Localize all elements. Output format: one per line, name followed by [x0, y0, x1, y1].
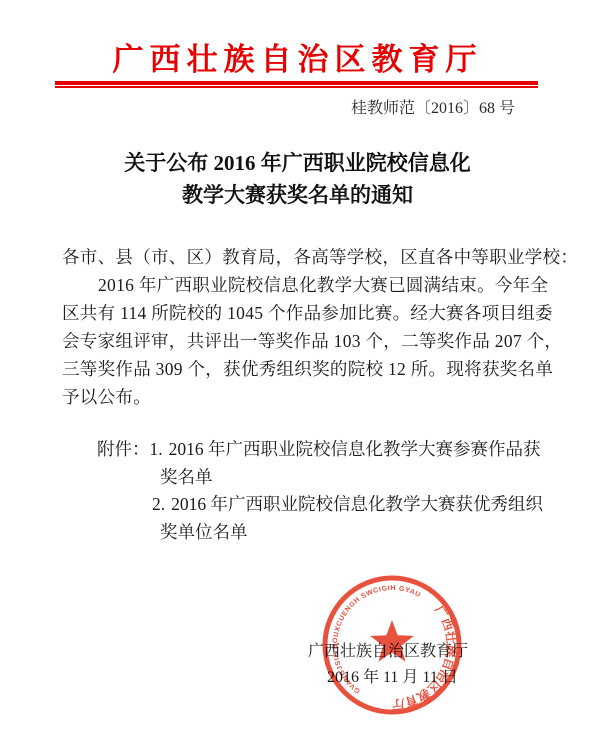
attachment-1-number: 1.	[150, 439, 163, 459]
attachments-label: 附件：	[97, 439, 150, 459]
letterhead-divider-thin-line	[55, 86, 538, 88]
notice-title: 关于公布 2016 年广西职业院校信息化 教学大赛获奖名单的通知	[0, 147, 595, 211]
letterhead-agency-name: 广西壮族自治区教育厅	[0, 34, 595, 79]
attachment-item-2-line2: 奖单位名单	[62, 519, 555, 547]
notice-title-line1: 关于公布 2016 年广西职业院校信息化	[0, 147, 595, 179]
attachment-2-text: 2016 年广西职业院校信息化教学大赛获优秀组织	[171, 494, 543, 514]
body-line: 予以公布。	[62, 383, 543, 411]
letterhead-divider	[55, 81, 538, 88]
official-notice-document: 广西壮族自治区教育厅 桂教师范〔2016〕68 号 关于公布 2016 年广西职…	[0, 0, 595, 738]
notice-body: 各市、县（市、区）教育局，各高等学校，区直各中等职业学校： 2016 年广西职业…	[62, 243, 543, 411]
notice-title-line2: 教学大赛获奖名单的通知	[0, 179, 595, 211]
signoff-agency-name: 广西壮族自治区教育厅	[308, 638, 468, 661]
attachment-item-1-line2: 奖名单	[62, 464, 555, 492]
letterhead-divider-thick-line	[55, 81, 538, 85]
attachment-item-2-line1: 2.2016 年广西职业院校信息化教学大赛获优秀组织	[62, 491, 555, 519]
body-line: 2016 年广西职业院校信息化教学大赛已圆满结束。今年全	[62, 271, 543, 299]
attachment-item-1-line1: 附件：1.2016 年广西职业院校信息化教学大赛参赛作品获	[62, 436, 555, 464]
attachments-list: 附件：1.2016 年广西职业院校信息化教学大赛参赛作品获 奖名单 2.2016…	[62, 436, 555, 546]
body-line: 会专家组评审，共评出一等奖作品 103 个，二等奖作品 207 个，	[62, 327, 543, 355]
body-line: 三等奖作品 309 个，获优秀组织奖的院校 12 所。现将获奖名单	[62, 355, 543, 383]
signoff-date: 2016 年 11 月 11 日	[327, 664, 458, 687]
document-reference-number: 桂教师范〔2016〕68 号	[351, 95, 515, 118]
attachment-2-number: 2.	[152, 494, 165, 514]
salutation-line: 各市、县（市、区）教育局，各高等学校，区直各中等职业学校：	[62, 243, 543, 271]
attachment-1-text: 2016 年广西职业院校信息化教学大赛参赛作品获	[169, 439, 541, 459]
body-line: 区共有 114 所院校的 1045 个作品参加比赛。经大赛各项目组委	[62, 299, 543, 327]
